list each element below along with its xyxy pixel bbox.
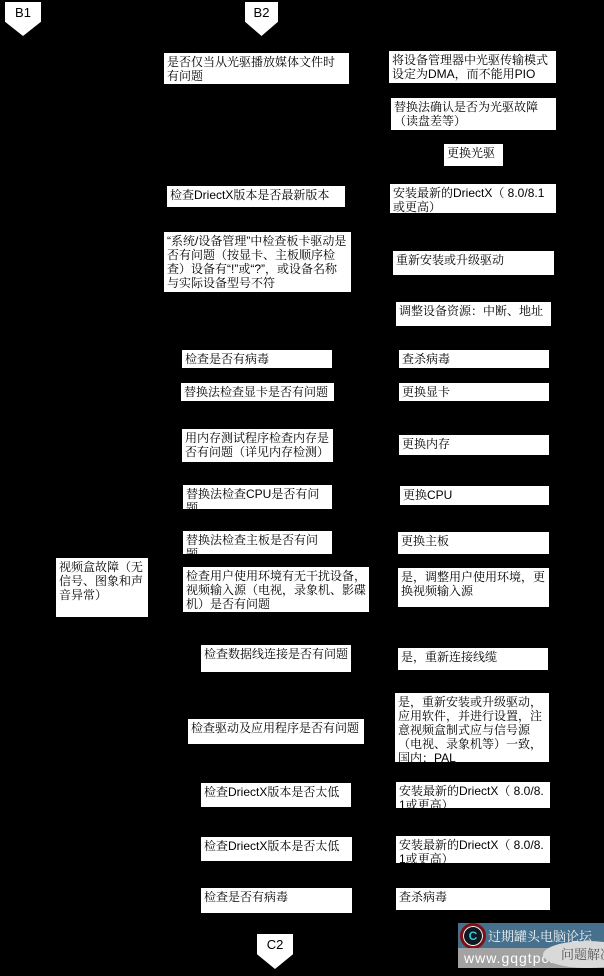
action-box: 是，调整用户使用环境，更换视频输入源 xyxy=(397,567,550,608)
check-box: “系统/设备管理”中检查板卡驱动是否有问题（按显卡、主板顺序检查）设备有“!”或… xyxy=(163,231,352,293)
check-box: 替换法检查主板是否有问题 xyxy=(182,530,333,555)
action-box: 查杀病毒 xyxy=(398,349,550,369)
action-box: 更换光驱 xyxy=(443,143,504,167)
check-box: 用内存测试程序检查内存是否有问题（详见内存检测） xyxy=(181,428,334,463)
check-box: 替换法检查显卡是否有问题 xyxy=(180,382,335,402)
connector-c2: C2 xyxy=(257,934,293,969)
action-box: 查杀病毒 xyxy=(395,887,551,911)
action-box: 调整设备资源：中断、地址 xyxy=(395,301,552,327)
action-box: 替换法确认是否为光驱故障（读盘差等） xyxy=(390,97,557,131)
action-box: 安装最新的DriectX（ 8.0/8.1或更高） xyxy=(395,781,551,809)
action-box: 是，重新连接线缆 xyxy=(397,647,549,671)
action-box: 将设备管理器中光驱传输模式设定为DMA，而不能用PIO xyxy=(388,50,557,84)
check-box: 检查是否有病毒 xyxy=(181,349,333,369)
action-box: 安装最新的DriectX（ 8.0/8.1或更高） xyxy=(389,183,557,214)
action-box: 更换显卡 xyxy=(398,382,550,402)
action-box: 更换内存 xyxy=(398,434,550,456)
check-box: 替换法检查CPU是否有问题 xyxy=(182,484,333,510)
check-box: 检查用户使用环境有无干扰设备，视频输入源（电视，录象机、影碟机）是否有问题 xyxy=(182,566,370,613)
action-box: 重新安装或升级驱动 xyxy=(392,250,555,276)
action-box: 更换CPU xyxy=(399,485,550,506)
action-box: 安装最新的DriectX（ 8.0/8.1或更高） xyxy=(395,835,551,864)
action-box: 更换主板 xyxy=(397,531,550,555)
fault-source-box: 视频盒故障（无信号、图象和声音异常） xyxy=(55,557,149,618)
check-box: 检查DriectX版本是否太低 xyxy=(200,782,352,808)
connector-b1: B1 xyxy=(5,2,41,36)
action-box: 是，重新安装或升级驱动，应用软件，并进行设置，注意视频盒制式应与信号源（电视、录… xyxy=(394,692,550,763)
connector-b2: B2 xyxy=(245,2,278,36)
check-box: 检查是否有病毒 xyxy=(200,887,353,914)
site-logo-icon: C xyxy=(460,923,486,949)
check-box: 检查DriectX版本是否最新版本 xyxy=(166,185,346,208)
check-box: 检查DriectX版本是否太低 xyxy=(200,836,353,862)
check-box: 检查数据线连接是否有问题 xyxy=(200,644,352,673)
check-box: 检查驱动及应用程序是否有问题 xyxy=(187,718,365,745)
check-box: 是否仅当从光驱播放媒体文件时有问题 xyxy=(163,52,350,85)
